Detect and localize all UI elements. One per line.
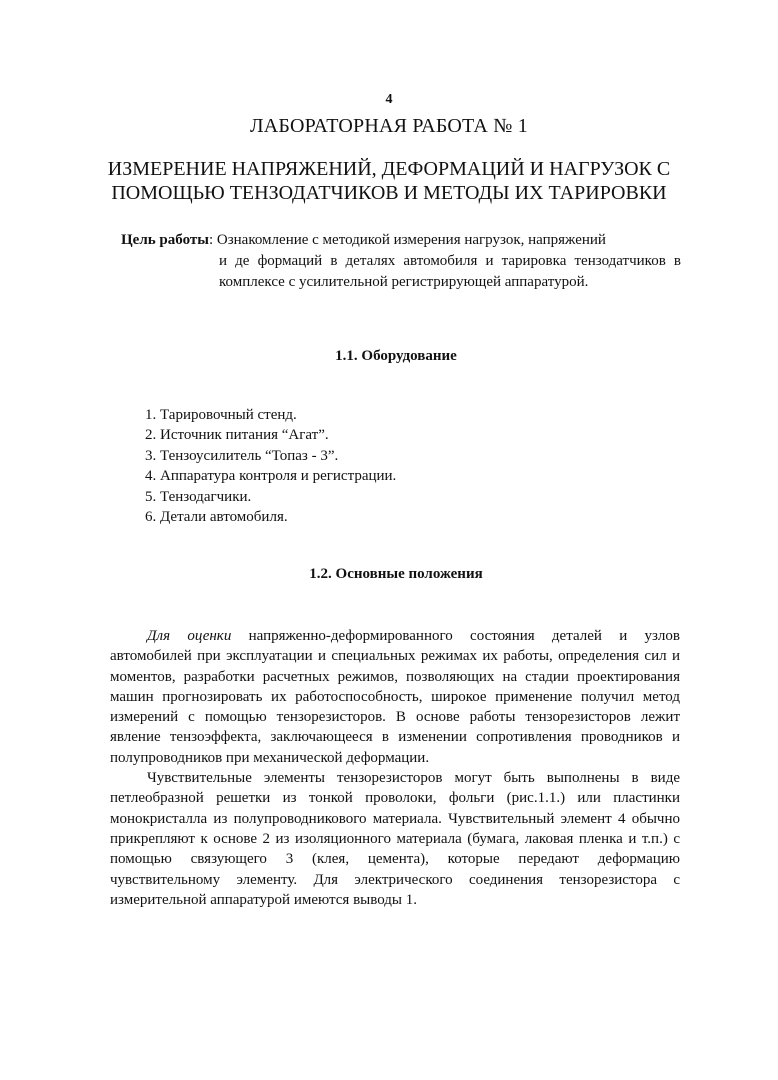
main-title: ИЗМЕРЕНИЕ НАПРЯЖЕНИЙ, ДЕФОРМАЦИЙ И НАГРУ… [0,157,778,205]
list-item: 5. Тензодагчики. [145,487,396,507]
list-item: 1. Тарировочный стенд. [145,405,396,425]
lab-title: ЛАБОРАТОРНАЯ РАБОТА № 1 [0,115,778,138]
paragraph-text: напряженно-деформированного состояния де… [110,628,680,766]
body-text: Для оценки напряженно-деформированного с… [110,626,680,910]
list-item: 4. Аппаратура контроля и регистрации. [145,466,396,486]
section-heading-basics: 1.2. Основные положения [7,566,778,583]
list-item: 2. Источник питания “Агат”. [145,425,396,445]
paragraph-lead: Для оценки [147,628,231,644]
section-heading-equipment: 1.1. Оборудование [7,348,778,365]
list-item: 3. Тензоусилитель “Топаз - 3”. [145,446,396,466]
main-title-line: ИЗМЕРЕНИЕ НАПРЯЖЕНИЙ, ДЕФОРМАЦИЙ И НАГРУ… [0,157,778,181]
list-item: 6. Детали автомобиля. [145,507,396,527]
equipment-list: 1. Тарировочный стенд. 2. Источник питан… [145,405,396,527]
main-title-line: ПОМОЩЬЮ ТЕНЗОДАТЧИКОВ И МЕТОДЫ ИХ ТАРИРО… [0,181,778,205]
page-number: 4 [0,92,778,108]
paragraph: Чувствительные элементы тензорезисторов … [110,768,680,910]
goal-label: Цель работы [121,232,209,248]
goal-first-text: : Ознакомление с методикой измерения наг… [209,232,606,248]
goal-continuation: и де формаций в деталях автомобиля и тар… [121,251,681,293]
goal-block: Цель работы: Ознакомление с методикой из… [121,230,681,293]
goal-first-line: Цель работы: Ознакомление с методикой из… [121,230,681,251]
paragraph-text: Чувствительные элементы тензорезисторов … [110,770,680,908]
paragraph: Для оценки напряженно-деформированного с… [110,626,680,768]
